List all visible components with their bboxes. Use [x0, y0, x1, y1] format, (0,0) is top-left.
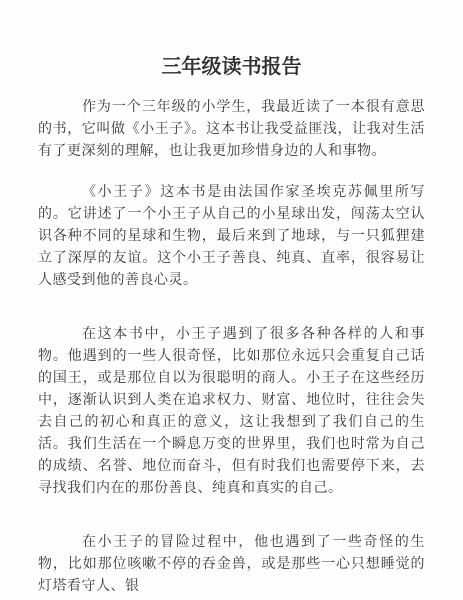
paragraph-intro: 作为一个三年级的小学生，我最近读了一本很有意思的书，它叫做《小王子》。这本书让我… — [38, 97, 425, 163]
document-page: 三年级读书报告 作为一个三年级的小学生，我最近读了一本很有意思的书，它叫做《小王… — [0, 0, 463, 600]
paragraph-book-summary: 《小王子》这本书是由法国作家圣埃克苏佩里所写的。它讲述了一个小王子从自己的小星球… — [38, 182, 425, 292]
paragraph-reflection: 在这本书中，小王子遇到了很多各种各样的人和事物。他遇到的一些人很奇怪，比如那位永… — [38, 324, 425, 500]
document-body: 作为一个三年级的小学生，我最近读了一本很有意思的书，它叫做《小王子》。这本书让我… — [38, 97, 425, 598]
page-title: 三年级读书报告 — [38, 54, 425, 80]
paragraph-adventure-truncated: 在小王子的冒险过程中，他也遇到了一些奇怪的生物，比如那位咳嗽不停的吞金兽，或是那… — [38, 532, 425, 598]
